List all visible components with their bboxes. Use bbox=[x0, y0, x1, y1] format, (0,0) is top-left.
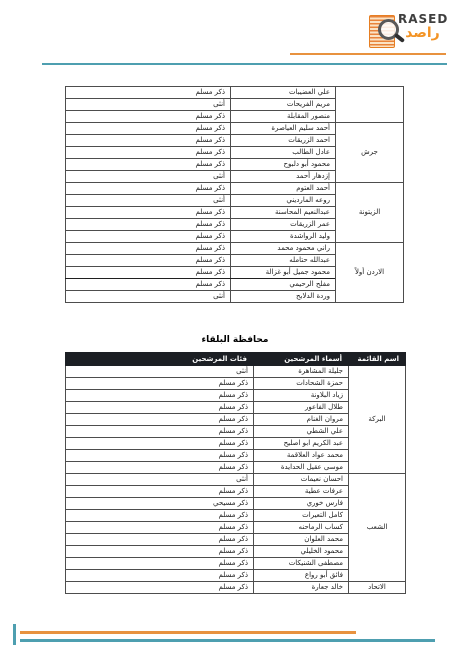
candidate-category-cell: أنثى bbox=[66, 291, 231, 303]
rased-logo: RASED راصد bbox=[369, 12, 447, 50]
candidate-name-cell: احسان نعيمات bbox=[254, 474, 349, 486]
candidate-category-cell: ذكر مسلم bbox=[66, 231, 231, 243]
candidate-category-cell: ذكر مسلم bbox=[66, 438, 254, 450]
candidate-category-cell: ذكر مسلم bbox=[66, 570, 254, 582]
candidate-category-cell: ذكر مسلم bbox=[66, 135, 231, 147]
candidate-name-cell: فائق أبو رواع bbox=[254, 570, 349, 582]
candidate-category-cell: ذكر مسلم bbox=[66, 159, 231, 171]
candidate-category-cell: ذكر مسلم bbox=[66, 426, 254, 438]
candidate-name-cell: عادل الطالب bbox=[231, 147, 336, 159]
candidate-name-cell: وليد الرواشدة bbox=[231, 231, 336, 243]
candidate-category-cell: ذكر مسلم bbox=[66, 255, 231, 267]
list-name-cell: جرش bbox=[336, 123, 404, 183]
candidate-category-cell: ذكر مسلم bbox=[66, 462, 254, 474]
candidate-name-cell: كساب الرماحنه bbox=[254, 522, 349, 534]
candidate-name-cell: محمد العلوان bbox=[254, 534, 349, 546]
candidate-category-cell: ذكر مسلم bbox=[66, 87, 231, 99]
footer-teal-rule bbox=[20, 639, 435, 642]
table-header-row: اسم القائمة أسماء المرشحين فئات المرشحين bbox=[66, 353, 406, 366]
candidates-table-balqa-body: البركةجليلة المشاهرةأنثىحمزة الشحاداتذكر… bbox=[66, 366, 406, 594]
report-page: RASED راصد علي العضيباتذكر مسلممريم الفر… bbox=[0, 0, 471, 667]
candidate-name-cell: محمود الخليلي bbox=[254, 546, 349, 558]
candidate-name-cell: احمد الزريقات bbox=[231, 135, 336, 147]
candidate-category-cell: ذكر مسلم bbox=[66, 414, 254, 426]
candidate-category-cell: ذكر مسلم bbox=[66, 390, 254, 402]
candidate-name-cell: موسى عقيل الحدايدة bbox=[254, 462, 349, 474]
list-name-cell: البركة bbox=[349, 366, 406, 474]
table-row: جرشأحمد سليم العياصرةذكر مسلم bbox=[66, 123, 404, 135]
candidate-name-cell: عبدالنعيم المحاسنة bbox=[231, 207, 336, 219]
candidate-name-cell: علي الشطي bbox=[254, 426, 349, 438]
candidate-category-cell: ذكر مسلم bbox=[66, 183, 231, 195]
candidates-table-continuation-body: علي العضيباتذكر مسلممريم الفريحاتأنثىمنص… bbox=[66, 87, 404, 303]
candidates-table-balqa: اسم القائمة أسماء المرشحين فئات المرشحين… bbox=[65, 352, 406, 594]
candidate-name-cell: منصور المقابلة bbox=[231, 111, 336, 123]
header-orange-rule bbox=[290, 53, 446, 55]
candidate-category-cell: أنثى bbox=[66, 474, 254, 486]
candidate-category-cell: ذكر مسلم bbox=[66, 510, 254, 522]
candidate-name-cell: جليلة المشاهرة bbox=[254, 366, 349, 378]
candidate-category-cell: ذكر مسلم bbox=[66, 450, 254, 462]
candidate-name-cell: عبدالله حتامله bbox=[231, 255, 336, 267]
candidate-category-cell: ذكر مسلم bbox=[66, 402, 254, 414]
candidate-name-cell: مفلح الرحيمي bbox=[231, 279, 336, 291]
candidate-category-cell: ذكر مسلم bbox=[66, 546, 254, 558]
header-candidate-categories: فئات المرشحين bbox=[66, 353, 254, 366]
candidate-category-cell: ذكر مسيحي bbox=[66, 498, 254, 510]
candidate-name-cell: أحمد سليم العياصرة bbox=[231, 123, 336, 135]
candidate-category-cell: ذكر مسلم bbox=[66, 558, 254, 570]
candidate-name-cell: إزدهار أحمد bbox=[231, 171, 336, 183]
header-list-name: اسم القائمة bbox=[349, 353, 406, 366]
candidate-name-cell: طلال الفاعور bbox=[254, 402, 349, 414]
table-row: الاتحادخالد جعارةذكر مسلم bbox=[66, 582, 406, 594]
list-name-cell: الاتحاد bbox=[349, 582, 406, 594]
candidate-category-cell: ذكر مسلم bbox=[66, 378, 254, 390]
candidate-category-cell: أنثى bbox=[66, 195, 231, 207]
candidate-category-cell: ذكر مسلم bbox=[66, 522, 254, 534]
candidate-name-cell: مصطفى الشنيكات bbox=[254, 558, 349, 570]
candidate-category-cell: ذكر مسلم bbox=[66, 207, 231, 219]
candidate-name-cell: حمزة الشحادات bbox=[254, 378, 349, 390]
logo-brand-latin: RASED bbox=[398, 12, 447, 26]
list-name-cell: الشعب bbox=[349, 474, 406, 582]
candidate-name-cell: راني محمود محمد bbox=[231, 243, 336, 255]
table-row: الشعباحسان نعيماتأنثى bbox=[66, 474, 406, 486]
candidate-name-cell: كامل التعيرات bbox=[254, 510, 349, 522]
candidate-name-cell: محمود جميل أبو غزالة bbox=[231, 267, 336, 279]
candidate-category-cell: ذكر مسلم bbox=[66, 267, 231, 279]
candidate-category-cell: أنثى bbox=[66, 99, 231, 111]
footer-orange-rule bbox=[20, 631, 356, 634]
candidate-category-cell: ذكر مسلم bbox=[66, 534, 254, 546]
candidate-name-cell: عرفات عطية bbox=[254, 486, 349, 498]
candidate-name-cell: فارس خوري bbox=[254, 498, 349, 510]
section-title-balqa: محافظة البلقاء bbox=[65, 335, 405, 345]
table-row: الزيتونةأحمد العتومذكر مسلم bbox=[66, 183, 404, 195]
table-row: البركةجليلة المشاهرةأنثى bbox=[66, 366, 406, 378]
candidate-category-cell: ذكر مسلم bbox=[66, 147, 231, 159]
candidate-category-cell: ذكر مسلم bbox=[66, 111, 231, 123]
candidate-name-cell: عبد الكريم ابو اصليح bbox=[254, 438, 349, 450]
table-row: الاردن أولاًراني محمود محمدذكر مسلم bbox=[66, 243, 404, 255]
candidate-name-cell: زياد البلاونة bbox=[254, 390, 349, 402]
candidate-name-cell: أحمد العتوم bbox=[231, 183, 336, 195]
list-name-cell: الاردن أولاً bbox=[336, 243, 404, 303]
candidate-category-cell: أنثى bbox=[66, 366, 254, 378]
candidate-name-cell: مريم الفريحات bbox=[231, 99, 336, 111]
header-candidate-names: أسماء المرشحين bbox=[254, 353, 349, 366]
candidate-category-cell: ذكر مسلم bbox=[66, 123, 231, 135]
candidate-name-cell: عمر الزريقات bbox=[231, 219, 336, 231]
candidate-name-cell: محمد عواد العلاقمة bbox=[254, 450, 349, 462]
candidates-table-continuation: علي العضيباتذكر مسلممريم الفريحاتأنثىمنص… bbox=[65, 86, 404, 303]
candidate-name-cell: محمود أبو دلبوح bbox=[231, 159, 336, 171]
footer-teal-bar bbox=[13, 624, 16, 645]
candidate-category-cell: ذكر مسلم bbox=[66, 486, 254, 498]
candidate-name-cell: خالد جعارة bbox=[254, 582, 349, 594]
candidate-name-cell: مروان الغنام bbox=[254, 414, 349, 426]
candidate-category-cell: ذكر مسلم bbox=[66, 582, 254, 594]
candidate-name-cell: علي العضيبات bbox=[231, 87, 336, 99]
candidate-category-cell: ذكر مسلم bbox=[66, 279, 231, 291]
logo-brand-arabic: راصد bbox=[398, 25, 447, 41]
candidate-name-cell: روعه المارديني bbox=[231, 195, 336, 207]
table-row: علي العضيباتذكر مسلم bbox=[66, 87, 404, 99]
candidate-category-cell: ذكر مسلم bbox=[66, 243, 231, 255]
list-name-cell bbox=[336, 87, 404, 123]
candidate-category-cell: أنثى bbox=[66, 171, 231, 183]
candidate-name-cell: وردة الدلابح bbox=[231, 291, 336, 303]
header-teal-rule bbox=[42, 63, 447, 65]
candidate-category-cell: ذكر مسلم bbox=[66, 219, 231, 231]
list-name-cell: الزيتونة bbox=[336, 183, 404, 243]
